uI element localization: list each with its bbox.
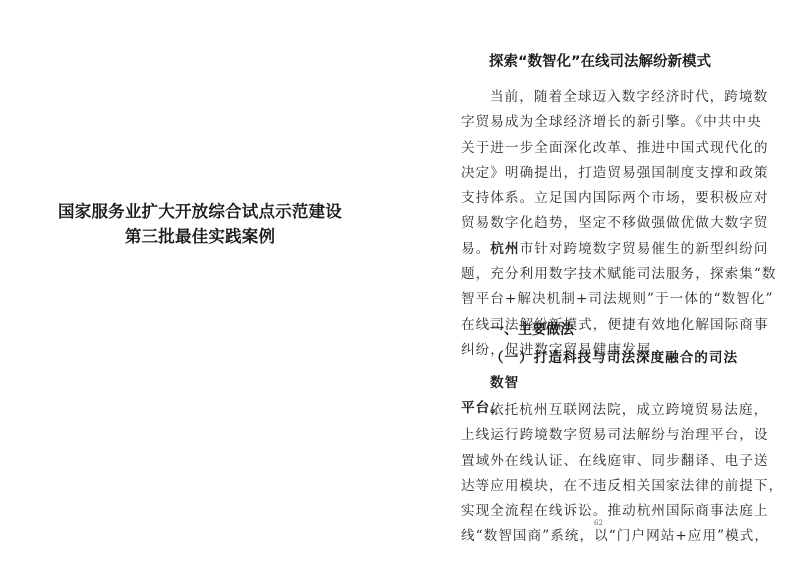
article-title: 探索“数智化”在线司法解纷新模式 xyxy=(461,52,739,72)
text-line: 依托杭州互联网法院，成立跨境贸易法庭， xyxy=(461,398,749,423)
text-line: 达等应用模块，在不违反相关国家法律的前提下， xyxy=(461,474,749,499)
text-line: 上线运行跨境数字贸易司法解纷与治理平台，设 xyxy=(461,423,749,448)
cover-title: 国家服务业扩大开放综合试点示范建设 第三批最佳实践案例 xyxy=(0,199,400,249)
text-line: 置域外在线认证、在线庭审、同步翻译、电子送 xyxy=(461,449,749,474)
section-heading: 一、主要做法 xyxy=(490,319,574,339)
body-paragraph: 依托杭州互联网法院，成立跨境贸易法庭， 上线运行跨境数字贸易司法解纷与治理平台，… xyxy=(461,398,749,550)
text-fragment: 市针对跨境数字贸易催生的新型纠纷问 xyxy=(520,241,769,257)
text-line: 当前，随着全球迈入数字经济时代，跨境数 xyxy=(461,85,749,110)
cover-title-line-2: 第三批最佳实践案例 xyxy=(0,224,400,249)
text-fragment: 易。 xyxy=(461,241,490,257)
text-line: 题，充分利用数字技术赋能司法服务，探索集“数 xyxy=(461,262,749,287)
text-line: 线“数智国商”系统，以“门户网站+应用”模式， xyxy=(461,524,749,549)
page-number: 62 xyxy=(594,519,603,527)
text-line: 实现全流程在线诉讼。推动杭州国际商事法庭上 xyxy=(461,499,749,524)
text-line: 决定》明确提出，打造贸易强国制度支撑和政策 xyxy=(461,161,749,186)
text-line: 字贸易成为全球经济增长的新引擎。《中共中央 xyxy=(461,110,749,135)
text-line: 贸易数字化趋势，坚定不移做强做优做大数字贸 xyxy=(461,211,749,236)
highlighted-city: 杭州 xyxy=(490,241,519,257)
text-line: 关于进一步全面深化改革、推进中国式现代化的 xyxy=(461,136,749,161)
text-line: 支持体系。立足国内国际两个市场，要积极应对 xyxy=(461,186,749,211)
text-line: 智平台+解决机制+司法规则”于一体的“数智化” xyxy=(461,287,749,312)
subsection-heading-line-1: （一）打造科技与司法深度融合的司法数智 xyxy=(461,346,751,396)
cover-title-line-1: 国家服务业扩大开放综合试点示范建设 xyxy=(0,199,400,224)
text-line: 易。杭州市针对跨境数字贸易催生的新型纠纷问 xyxy=(461,237,749,262)
left-page: 国家服务业扩大开放综合试点示范建设 第三批最佳实践案例 xyxy=(0,0,400,565)
